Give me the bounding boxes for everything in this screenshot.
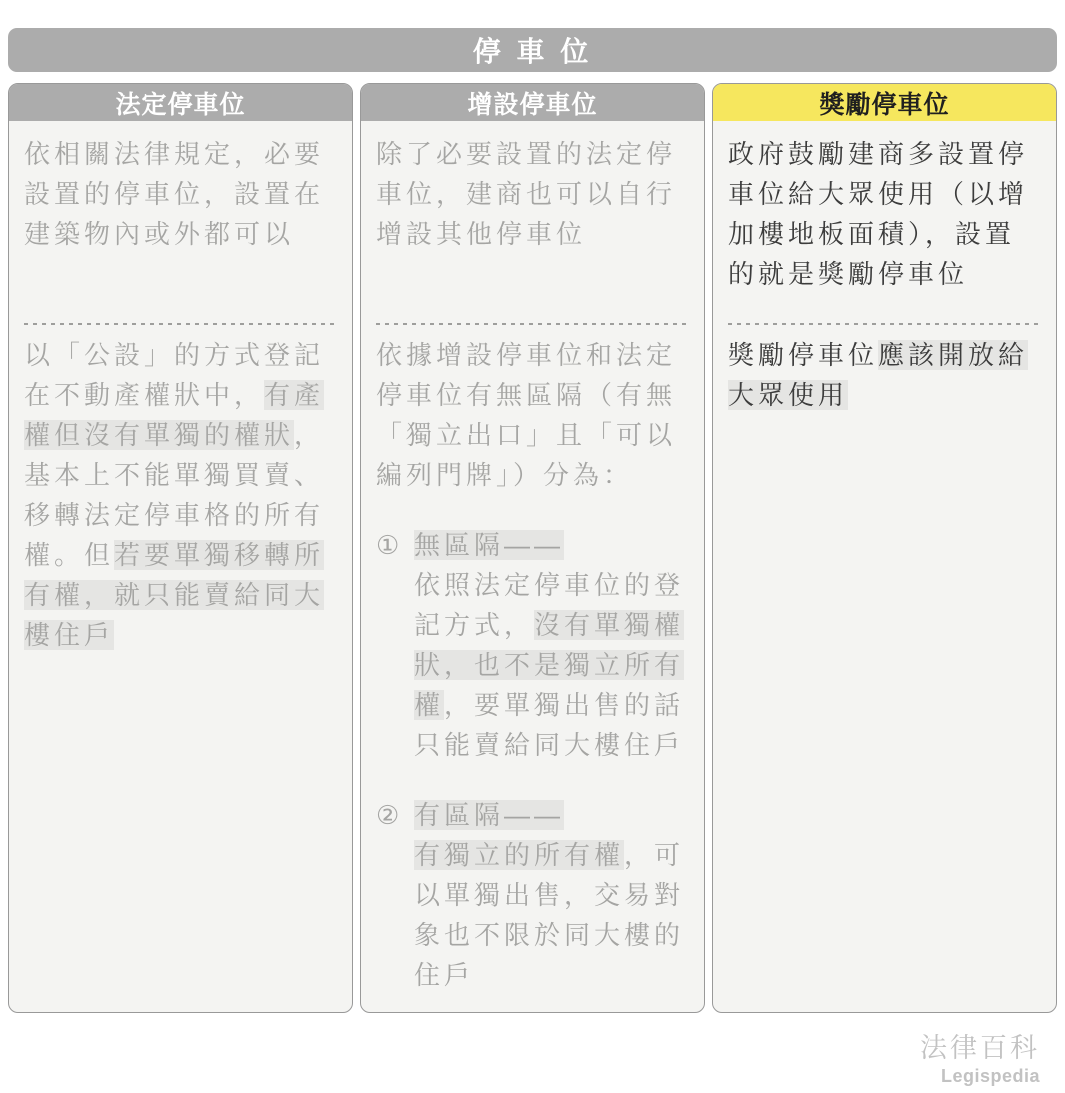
column-card-statutory: 法定停車位 依相關法律規定，必要設置的停車位，設置在建築物內或外都可以 以「公設… [8, 83, 353, 1013]
list-item-with-partition: ② 有區隔—— 有獨立的所有權，可以單獨出售，交易對象也不限於同大樓的住戶 [376, 795, 689, 995]
text-run: 依據增設停車位和法定停車位有無區隔（有無「獨立出口」且「可以編列門牌」）分為： [376, 340, 676, 490]
list-item-title: 無區隔—— [414, 525, 689, 565]
card-body-statutory: 依相關法律規定，必要設置的停車位，設置在建築物內或外都可以 以「公設」的方式登記… [9, 121, 352, 655]
list-item-body: 依照法定停車位的登記方式，沒有單獨權狀，也不是獨立所有權，要單獨出售的話只能賣給… [414, 565, 689, 765]
circled-number-2-icon: ② [376, 795, 414, 995]
list-item-no-partition: ① 無區隔—— 依照法定停車位的登記方式，沒有單獨權狀，也不是獨立所有權，要單獨… [376, 525, 689, 765]
highlighted-text: 無區隔—— [414, 530, 564, 560]
brand-logo: 法律百科 Legispedia [920, 1026, 1040, 1087]
dashed-divider [376, 323, 687, 325]
column-header-statutory: 法定停車位 [9, 84, 352, 121]
highlighted-text: 有獨立的所有權 [414, 840, 624, 870]
incentive-definition-text: 政府鼓勵建商多設置停車位給大眾使用（以增加樓地板面積），設置的就是獎勵停車位 [728, 134, 1041, 323]
card-body-incentive: 政府鼓勵建商多設置停車位給大眾使用（以增加樓地板面積），設置的就是獎勵停車位 獎… [713, 121, 1056, 415]
circled-number-1-icon: ① [376, 525, 414, 765]
incentive-detail-text: 獎勵停車位應該開放給大眾使用 [728, 335, 1041, 415]
columns-container: 法定停車位 依相關法律規定，必要設置的停車位，設置在建築物內或外都可以 以「公設… [8, 83, 1057, 1013]
text-run: 除了必要設置的法定停車位，建商也可以自行增設其他停車位 [376, 139, 676, 249]
infographic-page: 停 車 位 法定停車位 依相關法律規定，必要設置的停車位，設置在建築物內或外都可… [0, 0, 1065, 1013]
main-title-bar: 停 車 位 [8, 28, 1057, 72]
dashed-divider [24, 323, 335, 325]
additional-definition-text: 除了必要設置的法定停車位，建商也可以自行增設其他停車位 [376, 134, 689, 323]
text-run: 獎勵停車位 [728, 340, 878, 370]
main-title: 停 車 位 [473, 30, 593, 70]
text-run: 依相關法律規定，必要設置的停車位，設置在建築物內或外都可以 [24, 139, 324, 249]
brand-name-en: Legispedia [920, 1066, 1040, 1087]
statutory-definition-text: 依相關法律規定，必要設置的停車位，設置在建築物內或外都可以 [24, 134, 337, 323]
card-body-additional: 除了必要設置的法定停車位，建商也可以自行增設其他停車位 依據增設停車位和法定停車… [361, 121, 704, 995]
list-item-content: 無區隔—— 依照法定停車位的登記方式，沒有單獨權狀，也不是獨立所有權，要單獨出售… [414, 525, 689, 765]
statutory-detail-text: 以「公設」的方式登記在不動產權狀中，有產權但沒有單獨的權狀，基本上不能單獨買賣、… [24, 335, 337, 655]
column-header-additional: 增設停車位 [361, 84, 704, 121]
column-header-incentive: 獎勵停車位 [713, 84, 1056, 121]
column-card-incentive: 獎勵停車位 政府鼓勵建商多設置停車位給大眾使用（以增加樓地板面積），設置的就是獎… [712, 83, 1057, 1013]
brand-name-zh: 法律百科 [920, 1026, 1040, 1065]
column-card-additional: 增設停車位 除了必要設置的法定停車位，建商也可以自行增設其他停車位 依據增設停車… [360, 83, 705, 1013]
list-item-title: 有區隔—— [414, 795, 689, 835]
list-item-content: 有區隔—— 有獨立的所有權，可以單獨出售，交易對象也不限於同大樓的住戶 [414, 795, 689, 995]
dashed-divider [728, 323, 1039, 325]
text-run: ，要單獨出售的話只能賣給同大樓住戶 [414, 690, 684, 760]
text-run: 政府鼓勵建商多設置停車位給大眾使用（以增加樓地板面積），設置的就是獎勵停車位 [728, 139, 1028, 289]
highlighted-text: 有區隔—— [414, 800, 564, 830]
additional-detail-intro-text: 依據增設停車位和法定停車位有無區隔（有無「獨立出口」且「可以編列門牌」）分為： [376, 335, 689, 495]
list-item-body: 有獨立的所有權，可以單獨出售，交易對象也不限於同大樓的住戶 [414, 835, 689, 995]
